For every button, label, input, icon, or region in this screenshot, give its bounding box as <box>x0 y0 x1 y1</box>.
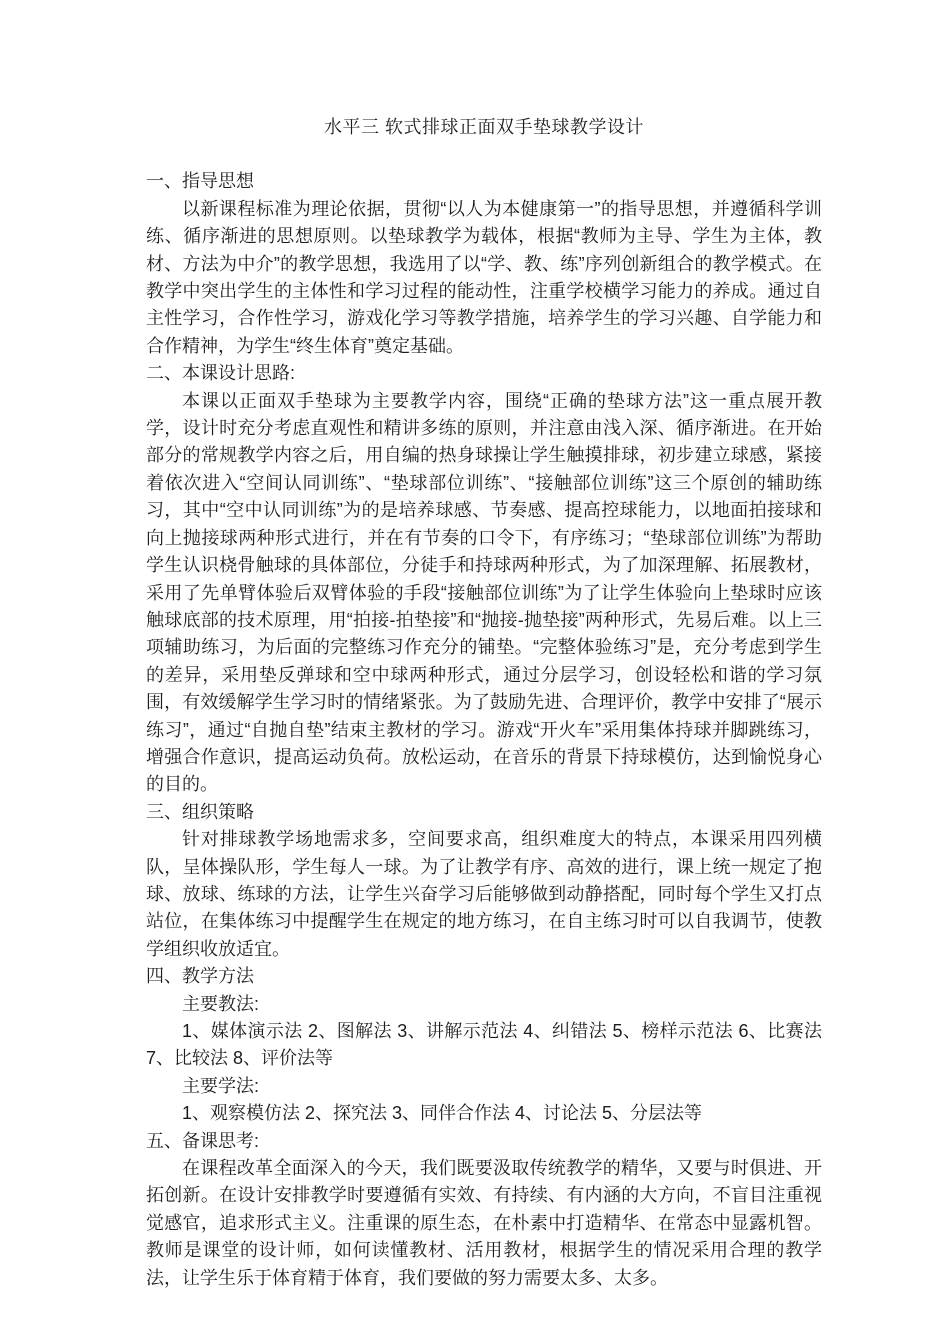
section-heading: 二、本课设计思路: <box>146 360 822 387</box>
document-page: 水平三 软式排球正面双手垫球教学设计 一、指导思想以新课程标准为理论依据，贯彻“… <box>0 0 950 1344</box>
paragraph: 以新课程标准为理论依据，贯彻“以人为本健康第一”的指导思想，并遵循科学训练、循序… <box>146 196 822 360</box>
document-title: 水平三 软式排球正面双手垫球教学设计 <box>146 114 822 141</box>
paragraph: 在课程改革全面深入的今天，我们既要汲取传统教学的精华，又要与时俱进、开拓创新。在… <box>146 1155 822 1292</box>
paragraph: 1、观察模仿法 2、探究法 3、同伴合作法 4、讨论法 5、分层法等 <box>146 1100 822 1127</box>
section-heading: 一、指导思想 <box>146 168 822 195</box>
document-body: 一、指导思想以新课程标准为理论依据，贯彻“以人为本健康第一”的指导思想，并遵循科… <box>146 168 822 1292</box>
section-heading: 五、备课思考: <box>146 1128 822 1155</box>
section-heading: 三、组织策略 <box>146 799 822 826</box>
paragraph: 本课以正面双手垫球为主要教学内容，围绕“正确的垫球方法”这一重点展开教学，设计时… <box>146 388 822 799</box>
paragraph: 主要教法: <box>146 991 822 1018</box>
paragraph: 主要学法: <box>146 1073 822 1100</box>
paragraph: 1、媒体演示法 2、图解法 3、讲解示范法 4、纠错法 5、榜样示范法 6、比赛… <box>146 1018 822 1073</box>
section-heading: 四、教学方法 <box>146 963 822 990</box>
paragraph: 针对排球教学场地需求多，空间要求高，组织难度大的特点，本课采用四列横队，呈体操队… <box>146 826 822 963</box>
